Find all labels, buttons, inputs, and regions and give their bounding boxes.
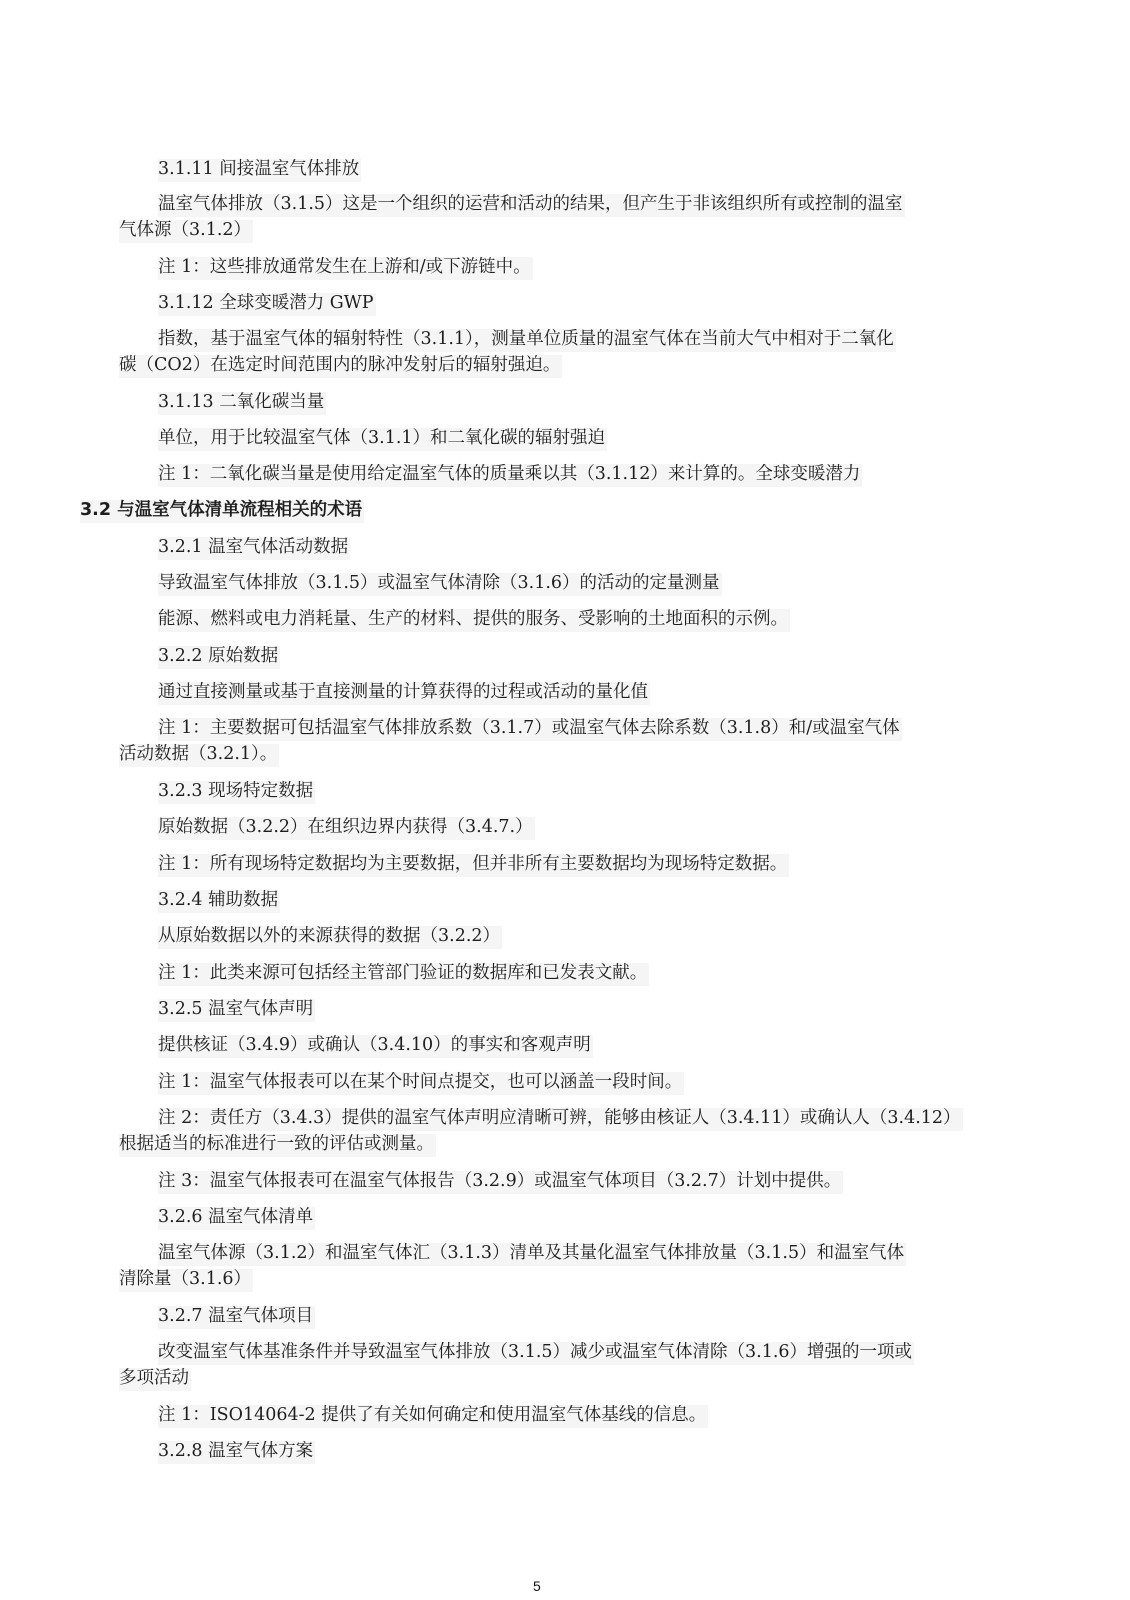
text-line: 导致温室气体排放（3.1.5）或温室气体清除（3.1.6）的活动的定量测量 [158,570,722,596]
text-line: 注 3：温室气体报表可在温室气体报告（3.2.9）或温室气体项目（3.2.7）计… [158,1168,843,1194]
section-heading: 3.2 与温室气体清单流程相关的术语 [80,497,364,523]
text-line: 3.1.11 间接温室气体排放 [158,156,361,182]
text-line: 3.1.13 二氧化碳当量 [158,389,326,415]
text-line: 通过直接测量或基于直接测量的计算获得的过程或活动的量化值 [158,679,650,705]
text-line-content: 注 2：责任方（3.4.3）提供的温室气体声明应清晰可辨，能够由核证人（3.4.… [158,1108,963,1131]
text-line: 碳（CO2）在选定时间范围内的脉冲发射后的辐射强迫。 [119,352,562,378]
text-line-content: 3.2.7 温室气体项目 [158,1306,315,1329]
text-line: 3.2.7 温室气体项目 [158,1303,315,1329]
text-line: 3.2.6 温室气体清单 [158,1204,315,1230]
text-line: 3.2.8 温室气体方案 [158,1438,315,1464]
text-line-content: 3.2.2 原始数据 [158,646,280,669]
text-line: 注 2：责任方（3.4.3）提供的温室气体声明应清晰可辨，能够由核证人（3.4.… [158,1105,963,1131]
text-line: 从原始数据以外的来源获得的数据（3.2.2） [158,923,502,949]
text-line: 3.2.4 辅助数据 [158,887,280,913]
text-line-content: 注 1：这些排放通常发生在上游和/或下游链中。 [158,257,533,280]
text-line-content: 活动数据（3.2.1）。 [119,744,279,767]
text-line: 注 1：ISO14064-2 提供了有关如何确定和使用温室气体基线的信息。 [158,1402,708,1428]
text-line-content: 3.1.13 二氧化碳当量 [158,392,326,415]
text-line-content: 通过直接测量或基于直接测量的计算获得的过程或活动的量化值 [158,682,650,705]
text-line-content: 3.2.3 现场特定数据 [158,781,315,804]
text-line-content: 从原始数据以外的来源获得的数据（3.2.2） [158,926,502,949]
text-line: 注 1：主要数据可包括温室气体排放系数（3.1.7）或温室气体去除系数（3.1.… [158,715,902,741]
text-line: 3.2.2 原始数据 [158,643,280,669]
text-line-content: 注 1：温室气体报表可以在某个时间点提交，也可以涵盖一段时间。 [158,1072,684,1095]
text-line: 能源、燃料或电力消耗量、生产的材料、提供的服务、受影响的土地面积的示例。 [158,606,790,632]
text-line-content: 注 3：温室气体报表可在温室气体报告（3.2.9）或温室气体项目（3.2.7）计… [158,1171,843,1194]
text-line-content: 提供核证（3.4.9）或确认（3.4.10）的事实和客观声明 [158,1035,593,1058]
text-line: 注 1：二氧化碳当量是使用给定温室气体的质量乘以其（3.1.12）来计算的。全球… [158,461,862,487]
text-line-content: 注 1：ISO14064-2 提供了有关如何确定和使用温室气体基线的信息。 [158,1405,708,1428]
text-line-content: 3.2 与温室气体清单流程相关的术语 [80,500,364,523]
text-line-content: 碳（CO2）在选定时间范围内的脉冲发射后的辐射强迫。 [119,355,562,378]
text-line-content: 根据适当的标准进行一致的评估或测量。 [119,1134,436,1157]
text-line: 注 1：此类来源可包括经主管部门验证的数据库和已发表文献。 [158,960,649,986]
text-line: 温室气体源（3.1.2）和温室气体汇（3.1.3）清单及其量化温室气体排放量（3… [158,1240,906,1266]
text-line: 指数，基于温室气体的辐射特性（3.1.1），测量单位质量的温室气体在当前大气中相… [158,326,896,352]
text-line: 3.2.1 温室气体活动数据 [158,534,350,560]
text-line-content: 原始数据（3.2.2）在组织边界内获得（3.4.7.） [158,817,535,840]
text-line: 注 1：温室气体报表可以在某个时间点提交，也可以涵盖一段时间。 [158,1069,684,1095]
text-line-content: 温室气体排放（3.1.5）这是一个组织的运营和活动的结果，但产生于非该组织所有或… [158,194,905,217]
text-line: 3.2.5 温室气体声明 [158,996,315,1022]
text-line-content: 注 1：此类来源可包括经主管部门验证的数据库和已发表文献。 [158,963,649,986]
document-page: 3.1.11 间接温室气体排放温室气体排放（3.1.5）这是一个组织的运营和活动… [0,0,1130,1600]
text-line-content: 注 1：主要数据可包括温室气体排放系数（3.1.7）或温室气体去除系数（3.1.… [158,718,902,741]
text-line: 清除量（3.1.6） [119,1266,253,1292]
text-line-content: 多项活动 [119,1368,191,1391]
text-line: 改变温室气体基准条件并导致温室气体排放（3.1.5）减少或温室气体清除（3.1.… [158,1339,914,1365]
text-line-content: 3.2.5 温室气体声明 [158,999,315,1022]
text-line: 单位，用于比较温室气体（3.1.1）和二氧化碳的辐射强迫 [158,425,607,451]
text-line-content: 3.1.12 全球变暖潜力 GWP [158,293,376,316]
text-line-content: 温室气体源（3.1.2）和温室气体汇（3.1.3）清单及其量化温室气体排放量（3… [158,1243,906,1266]
text-line-content: 3.2.8 温室气体方案 [158,1441,315,1464]
text-line: 温室气体排放（3.1.5）这是一个组织的运营和活动的结果，但产生于非该组织所有或… [158,191,905,217]
page-number: 5 [533,1578,541,1594]
text-line: 3.1.12 全球变暖潜力 GWP [158,290,376,316]
text-line: 气体源（3.1.2） [119,217,253,243]
text-line-content: 指数，基于温室气体的辐射特性（3.1.1），测量单位质量的温室气体在当前大气中相… [158,329,896,352]
text-line: 提供核证（3.4.9）或确认（3.4.10）的事实和客观声明 [158,1032,593,1058]
text-line-content: 清除量（3.1.6） [119,1269,253,1292]
text-line: 活动数据（3.2.1）。 [119,741,279,767]
text-line: 注 1：这些排放通常发生在上游和/或下游链中。 [158,254,533,280]
text-line: 注 1：所有现场特定数据均为主要数据，但并非所有主要数据均为现场特定数据。 [158,851,789,877]
text-line-content: 单位，用于比较温室气体（3.1.1）和二氧化碳的辐射强迫 [158,428,607,451]
text-line: 多项活动 [119,1365,191,1391]
text-line-content: 气体源（3.1.2） [119,220,253,243]
text-line: 3.2.3 现场特定数据 [158,778,315,804]
text-line-content: 能源、燃料或电力消耗量、生产的材料、提供的服务、受影响的土地面积的示例。 [158,609,790,632]
text-line-content: 3.2.4 辅助数据 [158,890,280,913]
text-line-content: 注 1：所有现场特定数据均为主要数据，但并非所有主要数据均为现场特定数据。 [158,854,789,877]
text-line-content: 3.2.6 温室气体清单 [158,1207,315,1230]
text-line-content: 注 1：二氧化碳当量是使用给定温室气体的质量乘以其（3.1.12）来计算的。全球… [158,464,862,487]
text-line: 根据适当的标准进行一致的评估或测量。 [119,1131,436,1157]
text-line-content: 3.2.1 温室气体活动数据 [158,537,350,560]
text-line-content: 3.1.11 间接温室气体排放 [158,159,361,182]
text-line-content: 导致温室气体排放（3.1.5）或温室气体清除（3.1.6）的活动的定量测量 [158,573,722,596]
text-line: 原始数据（3.2.2）在组织边界内获得（3.4.7.） [158,814,535,840]
text-line-content: 改变温室气体基准条件并导致温室气体排放（3.1.5）减少或温室气体清除（3.1.… [158,1342,914,1365]
